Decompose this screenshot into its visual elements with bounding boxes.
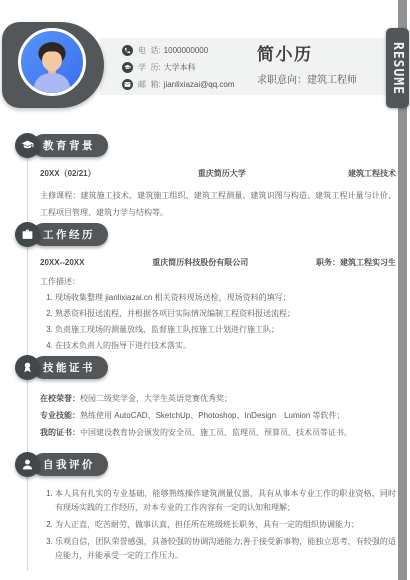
contact-row-email: 邮 箱: jianlixiazai@qq.com [122,79,235,90]
evaluation-list: 本人具有扎实的专业基础，能够熟练操作建筑测量仪器，具有从事本专业工作的职业资格，… [40,487,396,563]
person-icon [15,452,40,477]
mail-icon [122,79,133,90]
briefcase-icon [15,222,40,247]
section-title: 技能证书 [32,356,108,379]
education-school: 重庆简历大学 [198,168,246,179]
work-position: 职务：建筑工程实习生 [316,257,396,268]
section-header-education: 教育背景 [15,133,108,158]
resume-side-tab: RESUME [386,28,409,108]
contact-value: jianlixiazai@qq.com [164,80,235,89]
contact-info: 电 话: 1000000000 学 历: 大学本科 邮 箱: jianlixia… [122,45,235,96]
list-item: 为人正直，吃苦耐劳，做事认真，担任所在班级班长职务，具有一定的组织协调能力； [55,518,396,532]
contact-label: 邮 箱: [138,79,161,90]
graduation-cap-icon [122,62,133,73]
candidate-name: 简小历 [257,40,313,65]
person-illustration [21,31,83,93]
skill-label: 专业技能： [40,411,80,420]
graduation-cap-icon [15,133,40,158]
section-header-evaluation: 自我评价 [15,452,108,477]
medal-icon [15,355,40,380]
section-title: 自我评价 [32,453,108,476]
avatar [18,28,86,96]
list-item: 现场收集整理 jianlixiazai.cn 相关资料现场送检，现场资料的填写； [55,293,396,302]
list-item: 熟悉资料报送流程，并根据各项目实际情况编制工程资料报送流程； [55,309,396,318]
resume-page: RESUME 电 话: 1000000000 学 历: [0,0,410,580]
work-period: 20XX--20XX [40,258,84,267]
section-header-work: 工作经历 [15,222,108,247]
education-detail: 主修课程：建筑施工技术、建筑施工组织、建筑工程测量、建筑识图与构造、建筑工程计量… [40,187,396,221]
list-item: 负责施工现场的测量放线，监督施工队按施工计划进行施工队； [55,325,396,334]
work-row: 20XX--20XX 重庆简历科技股份有限公司 职务：建筑工程实习生 [40,257,396,268]
contact-row-degree: 学 历: 大学本科 [122,62,235,73]
section-skills: 技能证书 在校荣誉：校园二级奖学金，大学生英语竞赛优秀奖； 专业技能：熟练使用 … [0,355,410,441]
skill-text: 熟练使用 AutoCAD、SketchUp、Photoshop、InDesign… [80,411,345,420]
section-work: 工作经历 20XX--20XX 重庆简历科技股份有限公司 职务：建筑工程实习生 … [0,222,410,357]
contact-value: 1000000000 [164,46,209,55]
job-objective: 求职意向：建筑工程师 [257,71,357,86]
skill-text: 中国建设教育协会颁发的安全员、施工员、监理员、预算员、技术员等证书。 [80,428,352,437]
section-title: 教育背景 [32,134,108,157]
list-item: 在技术负责人的指导下进行技术落实。 [55,341,396,350]
contact-label: 电 话: [138,45,161,56]
contact-label: 学 历: [138,62,161,73]
skill-row-software: 专业技能：熟练使用 AutoCAD、SketchUp、Photoshop、InD… [40,407,396,424]
education-row: 20XX（02/21） 重庆简历大学 建筑工程技术 [40,168,396,179]
skill-text: 校园二级奖学金，大学生英语竞赛优秀奖； [80,394,232,403]
education-major: 建筑工程技术 [348,168,396,179]
resume-tab-label: RESUME [390,42,405,95]
contact-row-phone: 电 话: 1000000000 [122,45,235,56]
skill-row-honors: 在校荣誉：校园二级奖学金，大学生英语竞赛优秀奖； [40,390,396,407]
work-company: 重庆简历科技股份有限公司 [152,257,248,268]
work-desc-label: 工作描述： [40,276,396,287]
list-item: 本人具有扎实的专业基础，能够熟练操作建筑测量仪器，具有从事本专业工作的职业资格，… [55,487,396,515]
skill-label: 我的证书： [40,428,80,437]
section-education: 教育背景 20XX（02/21） 重庆简历大学 建筑工程技术 主修课程：建筑施工… [0,133,410,221]
avatar-frame [2,22,104,108]
phone-icon [122,45,133,56]
skill-label: 在校荣誉： [40,394,80,403]
skill-row-certificates: 我的证书：中国建设教育协会颁发的安全员、施工员、监理员、预算员、技术员等证书。 [40,424,396,441]
list-item: 乐观自信，团队荣誉感强，具备较强的协调沟通能力;善于接受新事物，能独立思考，有较… [55,535,396,563]
section-title: 工作经历 [32,223,108,246]
education-period: 20XX（02/21） [40,168,96,179]
section-header-skills: 技能证书 [15,355,108,380]
work-duty-list: 现场收集整理 jianlixiazai.cn 相关资料现场送检，现场资料的填写；… [40,293,396,350]
contact-value: 大学本科 [164,62,196,73]
section-evaluation: 自我评价 本人具有扎实的专业基础，能够熟练操作建筑测量仪器，具有从事本专业工作的… [0,452,410,566]
